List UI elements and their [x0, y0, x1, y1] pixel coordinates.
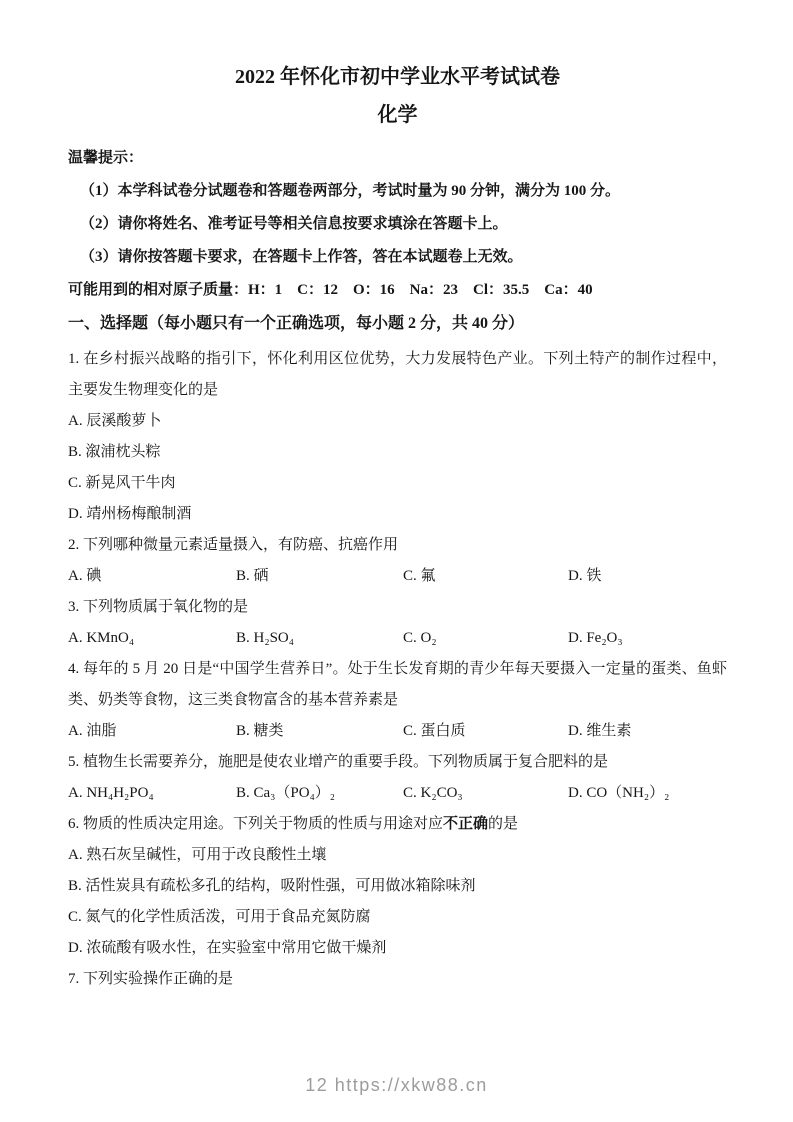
- question-4-option-b: B. 糖类: [236, 716, 403, 747]
- notice-item-1: （1）本学科试卷分试题卷和答题卷两部分，考试时量为 90 分钟，满分为 100 …: [68, 175, 727, 208]
- notice-heading: 温馨提示：: [68, 142, 727, 175]
- question-5-option-d: D. CO（NH₂）₂: [568, 778, 727, 809]
- question-1-option-c: C. 新晃风干牛肉: [68, 468, 727, 499]
- question-1-option-b: B. 溆浦枕头粽: [68, 437, 727, 468]
- question-3-option-b: B. H₂SO₄: [236, 623, 403, 654]
- question-6-options: A. 熟石灰呈碱性，可用于改良酸性土壤 B. 活性炭具有疏松多孔的结构，吸附性强…: [68, 840, 727, 964]
- question-4-option-a: A. 油脂: [68, 716, 236, 747]
- question-5-options: A. NH₄H₂PO₄ B. Ca₃（PO₄）₂ C. K₂CO₃ D. CO（…: [68, 778, 727, 809]
- question-3-option-c: C. O₂: [403, 623, 568, 654]
- question-6-stem-pre: 6. 物质的性质决定用途。下列关于物质的性质与用途对应: [68, 816, 443, 832]
- question-1-options: A. 辰溪酸萝卜 B. 溆浦枕头粽 C. 新晃风干牛肉 D. 靖州杨梅酿制酒: [68, 406, 727, 530]
- notice-item-3: （3）请你按答题卡要求，在答题卡上作答，答在本试题卷上无效。: [68, 241, 727, 274]
- question-2-option-a: A. 碘: [68, 561, 236, 592]
- question-4-option-c: C. 蛋白质: [403, 716, 568, 747]
- atomic-mass-line: 可能用到的相对原子质量：H：1 C：12 O：16 Na：23 Cl：35.5 …: [68, 274, 727, 307]
- question-6-stem-emphasis: 不正确: [443, 816, 488, 832]
- question-5-stem: 5. 植物生长需要养分，施肥是使农业增产的重要手段。下列物质属于复合肥料的是: [68, 747, 727, 778]
- section-heading-choice: 一、选择题（每小题只有一个正确选项，每小题 2 分，共 40 分）: [68, 307, 727, 340]
- question-1-option-d: D. 靖州杨梅酿制酒: [68, 499, 727, 530]
- question-5-option-c: C. K₂CO₃: [403, 778, 568, 809]
- question-1-option-a: A. 辰溪酸萝卜: [68, 406, 727, 437]
- question-2-option-c: C. 氟: [403, 561, 568, 592]
- question-6-option-b: B. 活性炭具有疏松多孔的结构，吸附性强，可用做冰箱除味剂: [68, 871, 727, 902]
- question-3-option-d: D. Fe₂O₃: [568, 623, 727, 654]
- question-2-stem: 2. 下列哪种微量元素适量摄入，有防癌、抗癌作用: [68, 530, 727, 561]
- question-5-option-a: A. NH₄H₂PO₄: [68, 778, 236, 809]
- page-footer-watermark: 12 https://xkw88.cn: [0, 1075, 793, 1096]
- question-2-options: A. 碘 B. 硒 C. 氟 D. 铁: [68, 561, 727, 592]
- doc-title: 2022 年怀化市初中学业水平考试试卷: [68, 64, 727, 90]
- notice-item-2: （2）请你将姓名、准考证号等相关信息按要求填涂在答题卡上。: [68, 208, 727, 241]
- doc-subject: 化学: [68, 102, 727, 128]
- question-2-option-b: B. 硒: [236, 561, 403, 592]
- question-4-stem: 4. 每年的 5 月 20 日是“中国学生营养日”。处于生长发育期的青少年每天要…: [68, 654, 727, 716]
- question-6-option-c: C. 氮气的化学性质活泼，可用于食品充氮防腐: [68, 902, 727, 933]
- exam-paper-page: 2022 年怀化市初中学业水平考试试卷 化学 温馨提示： （1）本学科试卷分试题…: [0, 0, 793, 1122]
- question-3-stem: 3. 下列物质属于氧化物的是: [68, 592, 727, 623]
- question-3-options: A. KMnO₄ B. H₂SO₄ C. O₂ D. Fe₂O₃: [68, 623, 727, 654]
- question-4-option-d: D. 维生素: [568, 716, 727, 747]
- question-6-stem: 6. 物质的性质决定用途。下列关于物质的性质与用途对应不正确的是: [68, 809, 727, 840]
- question-1-stem: 1. 在乡村振兴战略的指引下，怀化利用区位优势，大力发展特色产业。下列土特产的制…: [68, 344, 727, 406]
- question-5-option-b: B. Ca₃（PO₄）₂: [236, 778, 403, 809]
- question-3-option-a: A. KMnO₄: [68, 623, 236, 654]
- question-2-option-d: D. 铁: [568, 561, 727, 592]
- question-6-stem-post: 的是: [488, 816, 518, 832]
- question-6-option-a: A. 熟石灰呈碱性，可用于改良酸性土壤: [68, 840, 727, 871]
- question-4-options: A. 油脂 B. 糖类 C. 蛋白质 D. 维生素: [68, 716, 727, 747]
- question-6-option-d: D. 浓硫酸有吸水性，在实验室中常用它做干燥剂: [68, 933, 727, 964]
- question-7-stem: 7. 下列实验操作正确的是: [68, 964, 727, 995]
